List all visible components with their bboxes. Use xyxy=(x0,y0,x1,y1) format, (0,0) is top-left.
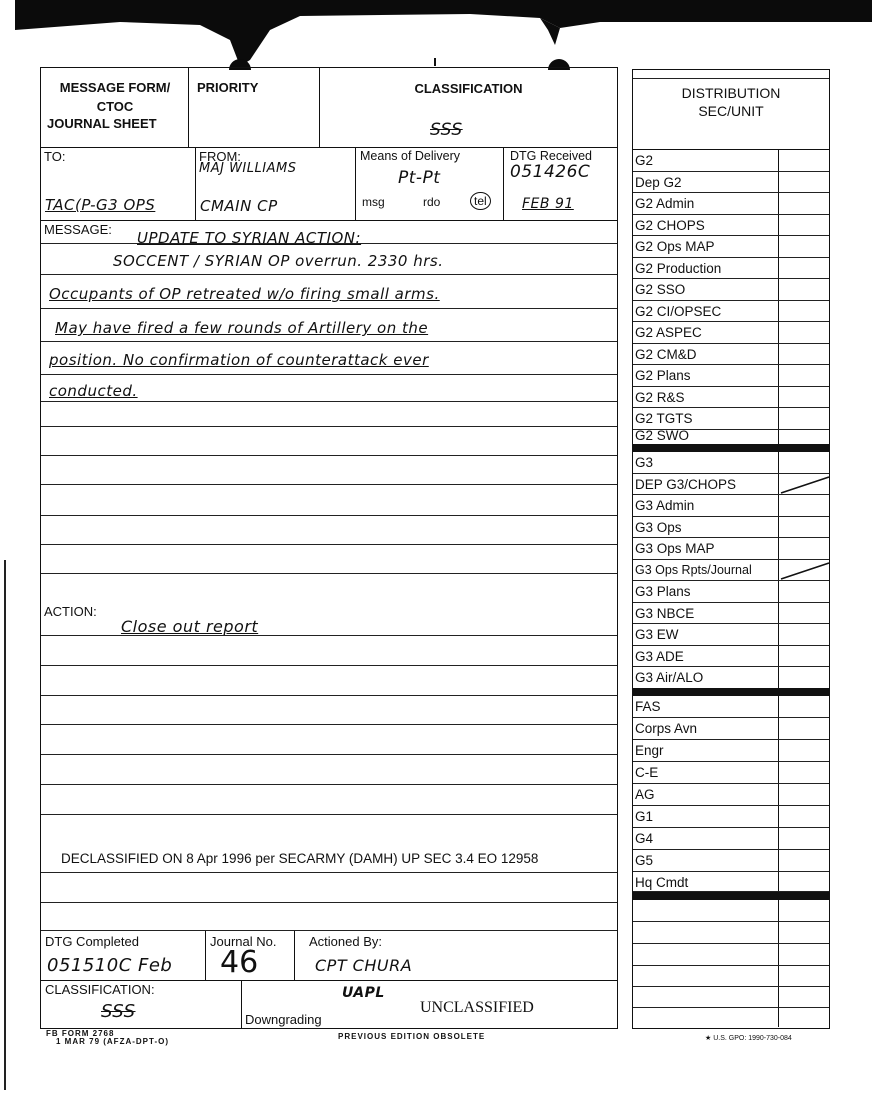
distribution-checkbox[interactable] xyxy=(778,538,829,559)
distribution-checkbox[interactable] xyxy=(778,387,829,408)
gpo-note: ★ U.S. GPO: 1990-730-084 xyxy=(705,1034,792,1042)
distribution-checkbox[interactable] xyxy=(778,624,829,645)
distribution-row-label: G2 CHOPS xyxy=(635,218,705,233)
means-of-delivery-cell[interactable]: Means of Delivery Pt-Pt msg rdo tel xyxy=(356,148,504,221)
priority-cell[interactable]: PRIORITY xyxy=(189,68,320,148)
bottom-classification-value: SSS xyxy=(101,1001,136,1022)
bottom-classification-cell[interactable]: CLASSIFICATION: SSS xyxy=(41,981,242,1028)
distribution-header-line-2: SEC/UNIT xyxy=(633,102,829,120)
distribution-checkbox[interactable] xyxy=(778,828,829,849)
distribution-row[interactable]: G3 NBCE xyxy=(633,603,829,625)
distribution-blank-row[interactable] xyxy=(633,966,829,987)
to-value: TAC(P-G3 OPS xyxy=(45,196,155,214)
journal-no-value: 46 xyxy=(220,945,258,980)
message-line-4[interactable]: May have fired a few rounds of Artillery… xyxy=(55,319,428,337)
distribution-checkbox[interactable] xyxy=(778,172,829,193)
distribution-checkbox-checked[interactable] xyxy=(778,474,829,495)
distribution-checkbox[interactable] xyxy=(778,581,829,602)
distribution-row[interactable]: G2 xyxy=(633,150,829,172)
rule-line xyxy=(41,455,617,456)
distribution-checkbox-checked[interactable] xyxy=(778,560,829,581)
rule-line xyxy=(41,374,617,375)
distribution-row[interactable]: G3 xyxy=(633,452,829,474)
action-value[interactable]: Close out report xyxy=(121,617,258,636)
distribution-row[interactable]: G3 ADE xyxy=(633,646,829,668)
distribution-row[interactable]: G3 EW xyxy=(633,624,829,646)
distribution-row-label: G1 xyxy=(635,809,653,824)
distribution-checkbox[interactable] xyxy=(778,279,829,300)
group-divider-bar xyxy=(633,892,829,900)
message-form: MESSAGE FORM/ CTOC JOURNAL SHEET PRIORIT… xyxy=(40,67,618,1029)
previous-edition-note: PREVIOUS EDITION OBSOLETE xyxy=(338,1032,485,1041)
distribution-checkbox[interactable] xyxy=(778,430,829,444)
bottom-classification-label: CLASSIFICATION: xyxy=(45,982,155,997)
distribution-row-label: Corps Avn xyxy=(635,721,697,736)
distribution-checkbox[interactable] xyxy=(778,806,829,827)
distribution-row[interactable]: DEP G3/CHOPS xyxy=(633,474,829,496)
distribution-row[interactable]: G3 Ops Rpts/Journal xyxy=(633,560,829,582)
distribution-row[interactable]: G2 Ops MAP xyxy=(633,236,829,258)
distribution-checkbox[interactable] xyxy=(778,987,829,1007)
distribution-checkbox[interactable] xyxy=(778,322,829,343)
distribution-row[interactable]: G5 xyxy=(633,850,829,872)
distribution-row-label: G2 CI/OPSEC xyxy=(635,304,721,319)
distribution-checkbox[interactable] xyxy=(778,603,829,624)
distribution-checkbox[interactable] xyxy=(778,696,829,717)
rule-line xyxy=(41,341,617,342)
to-cell[interactable]: TO: TAC(P-G3 OPS xyxy=(41,148,196,221)
distribution-row[interactable]: G2 CM&D xyxy=(633,344,829,366)
from-cell[interactable]: FROM: MAJ WILLIAMS CMAIN CP xyxy=(196,148,356,221)
distribution-row-label: G3 Air/ALO xyxy=(635,670,703,685)
distribution-row-label: G2 CM&D xyxy=(635,347,697,362)
distribution-checkbox[interactable] xyxy=(778,762,829,783)
tick-mark xyxy=(434,58,436,66)
distribution-row[interactable]: FAS xyxy=(633,696,829,718)
distribution-row-label: G3 Ops MAP xyxy=(635,541,715,556)
delivery-option-rdo[interactable]: rdo xyxy=(423,195,440,209)
check-slash-icon xyxy=(779,474,830,495)
message-line-5[interactable]: position. No confirmation of counteratta… xyxy=(49,351,429,369)
unclassified-stamp: UNCLASSIFIED xyxy=(420,999,534,1017)
dtg-completed-cell[interactable]: DTG Completed 051510C Feb xyxy=(41,931,206,981)
distribution-row[interactable]: Corps Avn xyxy=(633,718,829,740)
distribution-row[interactable]: Dep G2 xyxy=(633,172,829,194)
rule-line xyxy=(41,573,617,574)
distribution-row-label: G5 xyxy=(635,853,653,868)
distribution-checkbox[interactable] xyxy=(778,850,829,871)
from-value-name: MAJ WILLIAMS xyxy=(199,161,296,176)
distribution-row-label: G3 ADE xyxy=(635,649,684,664)
distribution-checkbox[interactable] xyxy=(778,944,829,965)
from-value-unit: CMAIN CP xyxy=(200,197,278,215)
form-title-cell: MESSAGE FORM/ CTOC JOURNAL SHEET xyxy=(41,68,189,148)
distribution-checkbox[interactable] xyxy=(778,1008,829,1027)
rule-line xyxy=(41,515,617,516)
dtg-completed-label: DTG Completed xyxy=(45,934,139,949)
distribution-row-label: Engr xyxy=(635,743,664,758)
delivery-option-tel-circled[interactable]: tel xyxy=(470,192,491,210)
distribution-top-strip xyxy=(633,70,829,79)
distribution-row[interactable]: G2 ASPEC xyxy=(633,322,829,344)
distribution-row[interactable]: G3 Plans xyxy=(633,581,829,603)
distribution-row-label: G3 NBCE xyxy=(635,606,694,621)
distribution-blank-row[interactable] xyxy=(633,1008,829,1027)
actioned-by-value: CPT CHURA xyxy=(315,956,412,975)
distribution-checkbox[interactable] xyxy=(778,452,829,473)
group-divider-bar xyxy=(633,444,829,452)
rule-line xyxy=(41,635,617,636)
distribution-checkbox[interactable] xyxy=(778,646,829,667)
distribution-blank-row[interactable] xyxy=(633,944,829,966)
distribution-checkbox[interactable] xyxy=(778,872,829,891)
rule-line xyxy=(41,544,617,545)
rule-line xyxy=(41,754,617,755)
form-title-line-3: JOURNAL SHEET xyxy=(47,116,157,131)
distribution-row-label: G3 Ops xyxy=(635,520,682,535)
distribution-row-label: G2 Ops MAP xyxy=(635,239,715,254)
distribution-blank-row[interactable] xyxy=(633,922,829,944)
distribution-row-label: G3 Ops Rpts/Journal xyxy=(635,563,752,577)
distribution-checkbox[interactable] xyxy=(778,150,829,171)
form-title-line-1: MESSAGE FORM/ xyxy=(49,78,181,97)
rule-line xyxy=(41,724,617,725)
distribution-row[interactable]: G1 xyxy=(633,806,829,828)
form-number: FB FORM 2768 1 MAR 79 (AFZA-DPT-O) xyxy=(46,1030,169,1046)
rule-line xyxy=(41,243,617,244)
rule-line xyxy=(41,484,617,485)
to-label: TO: xyxy=(44,149,65,164)
distribution-row-label: G2 ASPEC xyxy=(635,325,702,340)
distribution-header: DISTRIBUTION SEC/UNIT xyxy=(633,84,829,120)
downgrading-label: Downgrading xyxy=(245,1012,322,1027)
message-line-2[interactable]: SOCCENT / SYRIAN OP overrun. 2330 hrs. xyxy=(113,252,444,270)
distribution-row[interactable]: G2 CI/OPSEC xyxy=(633,301,829,323)
classification-value: SSS xyxy=(430,120,463,140)
distribution-checkbox[interactable] xyxy=(778,900,829,921)
distribution-row-label: G3 xyxy=(635,455,653,470)
distribution-row[interactable]: Engr xyxy=(633,740,829,762)
distribution-row-label: G3 Admin xyxy=(635,498,694,513)
distribution-blank-row[interactable] xyxy=(633,987,829,1008)
distribution-row[interactable]: C-E xyxy=(633,762,829,784)
rule-line xyxy=(41,872,617,873)
actioned-by-label: Actioned By: xyxy=(309,934,382,949)
distribution-row[interactable]: G3 Air/ALO xyxy=(633,667,829,689)
distribution-row[interactable]: G3 Ops xyxy=(633,517,829,539)
distribution-checkbox[interactable] xyxy=(778,258,829,279)
distribution-row[interactable]: G2 R&S xyxy=(633,387,829,409)
distribution-checkbox[interactable] xyxy=(778,301,829,322)
actioned-by-cell[interactable]: Actioned By: CPT CHURA xyxy=(295,931,617,981)
distribution-row[interactable]: G2 SWO xyxy=(633,430,829,445)
distribution-row[interactable]: G4 xyxy=(633,828,829,850)
distribution-checkbox[interactable] xyxy=(778,193,829,214)
form-title-line-2: CTOC xyxy=(49,97,181,116)
distribution-row[interactable]: G3 Admin xyxy=(633,495,829,517)
distribution-panel: DISTRIBUTION SEC/UNIT G2 Dep G2 G2 Admin… xyxy=(632,69,830,1029)
distribution-row-label: Dep G2 xyxy=(635,175,682,190)
rule-line xyxy=(41,814,617,815)
distribution-header-line-1: DISTRIBUTION xyxy=(633,84,829,102)
distribution-checkbox[interactable] xyxy=(778,344,829,365)
distribution-checkbox[interactable] xyxy=(778,215,829,236)
rule-line xyxy=(41,274,617,275)
distribution-row-label: Hq Cmdt xyxy=(635,875,688,890)
rule-line xyxy=(41,695,617,696)
priority-label: PRIORITY xyxy=(197,80,258,95)
distribution-row[interactable]: Hq Cmdt xyxy=(633,872,829,892)
message-line-1[interactable]: UPDATE TO SYRIAN ACTION: xyxy=(137,229,361,247)
downgrading-handwritten: UAPL xyxy=(342,985,385,1001)
distribution-row-label: AG xyxy=(635,787,655,802)
form-number-line-2: 1 MAR 79 (AFZA-DPT-O) xyxy=(46,1038,169,1046)
delivery-option-msg[interactable]: msg xyxy=(362,195,385,209)
distribution-checkbox[interactable] xyxy=(778,517,829,538)
distribution-checkbox[interactable] xyxy=(778,408,829,429)
scan-left-edge xyxy=(4,560,6,1090)
classification-label: CLASSIFICATION xyxy=(320,81,617,96)
message-label: MESSAGE: xyxy=(44,222,112,237)
distribution-checkbox[interactable] xyxy=(778,495,829,516)
declassified-note: DECLASSIFIED ON 8 Apr 1996 per SECARMY (… xyxy=(61,851,538,866)
delivery-label: Means of Delivery xyxy=(360,149,460,163)
distribution-checkbox[interactable] xyxy=(778,784,829,805)
distribution-checkbox[interactable] xyxy=(778,236,829,257)
distribution-row[interactable]: G2 Admin xyxy=(633,193,829,215)
distribution-checkbox[interactable] xyxy=(778,667,829,688)
distribution-row-label: G3 EW xyxy=(635,627,679,642)
classification-cell[interactable]: CLASSIFICATION SSS xyxy=(320,68,617,148)
action-label: ACTION: xyxy=(44,604,97,619)
distribution-row[interactable]: G2 SSO xyxy=(633,279,829,301)
distribution-row[interactable]: G2 Production xyxy=(633,258,829,280)
distribution-row-label: G2 SWO xyxy=(635,428,689,443)
rule-line xyxy=(41,665,617,666)
distribution-checkbox[interactable] xyxy=(778,365,829,386)
downgrading-cell[interactable]: UAPL UNCLASSIFIED Downgrading xyxy=(242,981,617,1028)
distribution-row-label: DEP G3/CHOPS xyxy=(635,477,736,492)
dtg-received-cell[interactable]: DTG Received 051426C FEB 91 xyxy=(504,148,617,221)
distribution-row-label: G4 xyxy=(635,831,653,846)
distribution-row-label: FAS xyxy=(635,699,661,714)
message-line-3[interactable]: Occupants of OP retreated w/o firing sma… xyxy=(49,285,440,303)
distribution-row[interactable]: AG xyxy=(633,784,829,806)
check-slash-icon xyxy=(779,560,830,581)
distribution-row-label: G2 TGTS xyxy=(635,411,693,426)
distribution-row-label: G2 Plans xyxy=(635,368,691,383)
rule-line xyxy=(41,401,617,402)
distribution-row-label: G2 SSO xyxy=(635,282,685,297)
distribution-row-label: G2 R&S xyxy=(635,390,685,405)
dtg-received-month: FEB 91 xyxy=(522,196,574,212)
group-divider-bar xyxy=(633,688,829,696)
distribution-row[interactable]: G2 TGTS xyxy=(633,408,829,430)
rule-line xyxy=(41,902,617,903)
distribution-checkbox[interactable] xyxy=(778,740,829,761)
distribution-row-label: G2 xyxy=(635,153,653,168)
dtg-received-label: DTG Received xyxy=(510,149,592,163)
scan-top-edge xyxy=(0,0,872,70)
distribution-checkbox[interactable] xyxy=(778,718,829,739)
distribution-row-label: G2 Production xyxy=(635,261,721,276)
rule-line xyxy=(41,308,617,309)
dtg-completed-value: 051510C Feb xyxy=(47,955,172,976)
distribution-row[interactable]: G3 Ops MAP xyxy=(633,538,829,560)
distribution-row[interactable]: G2 Plans xyxy=(633,365,829,387)
distribution-row-label: C-E xyxy=(635,765,658,780)
distribution-row-label: G3 Plans xyxy=(635,584,691,599)
distribution-blank-row[interactable] xyxy=(633,900,829,922)
message-line-6[interactable]: conducted. xyxy=(49,382,138,400)
distribution-row-label: G2 Admin xyxy=(635,196,694,211)
rule-line xyxy=(41,426,617,427)
distribution-checkbox[interactable] xyxy=(778,966,829,986)
distribution-checkbox[interactable] xyxy=(778,922,829,943)
distribution-row[interactable]: G2 CHOPS xyxy=(633,215,829,237)
journal-no-cell[interactable]: Journal No. 46 xyxy=(206,931,295,981)
rule-line xyxy=(41,784,617,785)
dtg-received-value: 051426C xyxy=(510,162,590,182)
delivery-value: Pt-Pt xyxy=(398,168,440,188)
